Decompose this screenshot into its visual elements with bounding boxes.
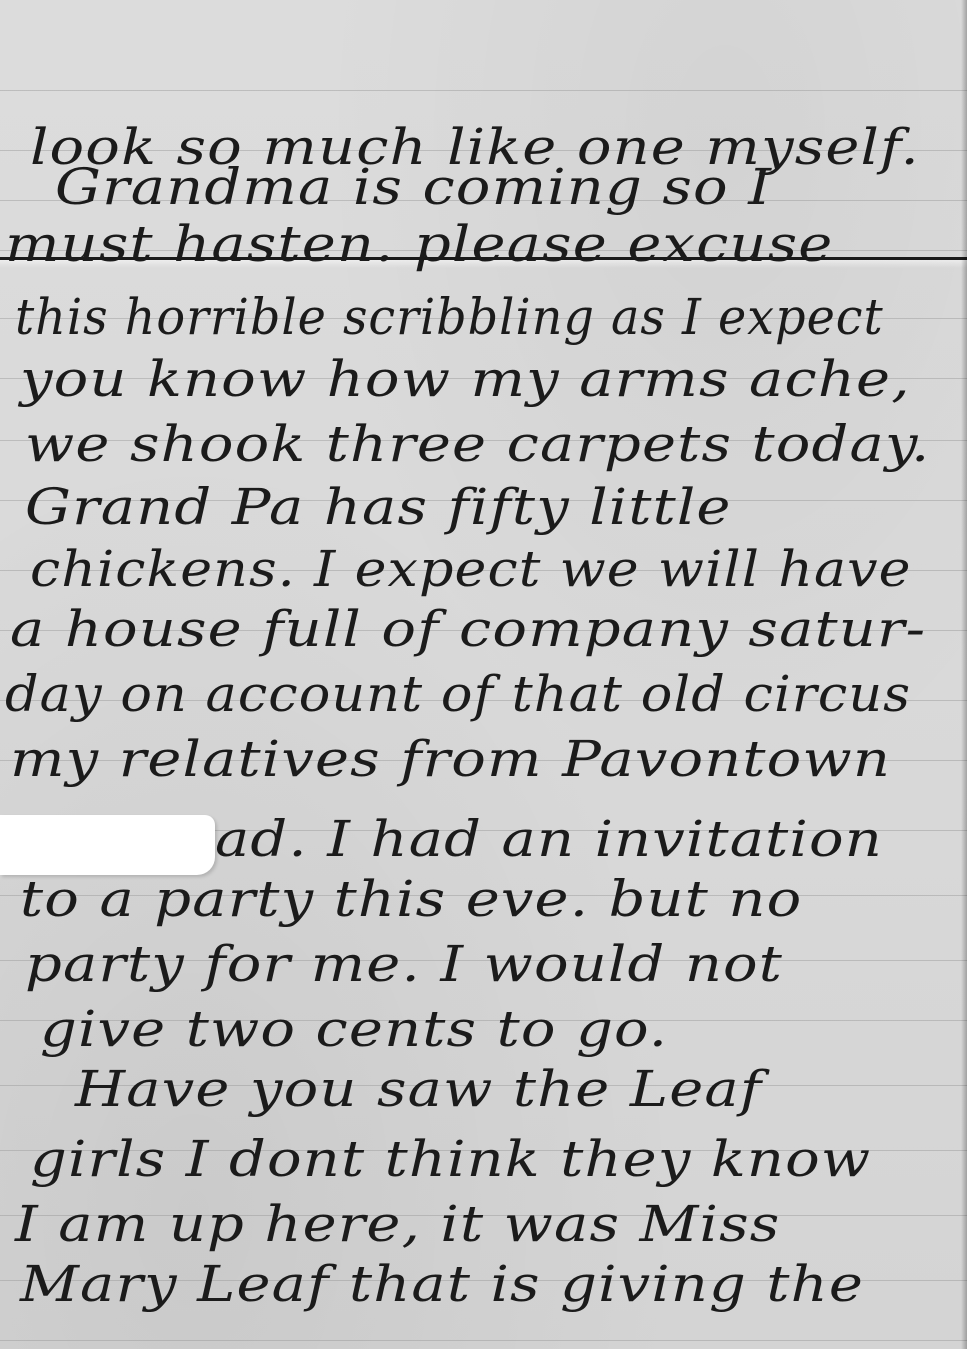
text-line: this horrible scribbling as I expect [15,288,884,346]
text-line: a house full of company satur- [10,600,926,658]
torn-paper-patch [0,815,215,875]
text-line: my relatives from Pavontown [10,730,891,788]
text-line: Grand Pa has fifty little [25,478,732,536]
text-line: girls I dont think they know [30,1130,871,1188]
text-line: Mary Leaf that is giving the [20,1255,864,1313]
text-line: to a party this eve. but no [20,870,802,928]
text-line: Grandma is coming so I [55,158,772,216]
text-line: Have you saw the Leaf [75,1060,762,1118]
text-line: you know how my arms ache, [20,350,911,408]
text-line: we shook three carpets today. [25,415,930,473]
ruled-line [0,90,967,91]
text-line: ad. I had an invitation [215,810,883,868]
ruled-line [0,1340,967,1341]
text-line: I am up here, it was Miss [15,1195,780,1253]
text-line: day on account of that old circus [5,665,911,723]
letter-page: look so much like one myself. Grandma is… [0,0,967,1349]
page-edge-shadow [961,0,967,1349]
text-line: chickens. I expect we will have [30,540,912,598]
text-line: give two cents to go. [40,1000,668,1058]
text-line: must hasten. please excuse [5,215,833,273]
text-line: party for me. I would not [25,935,783,993]
